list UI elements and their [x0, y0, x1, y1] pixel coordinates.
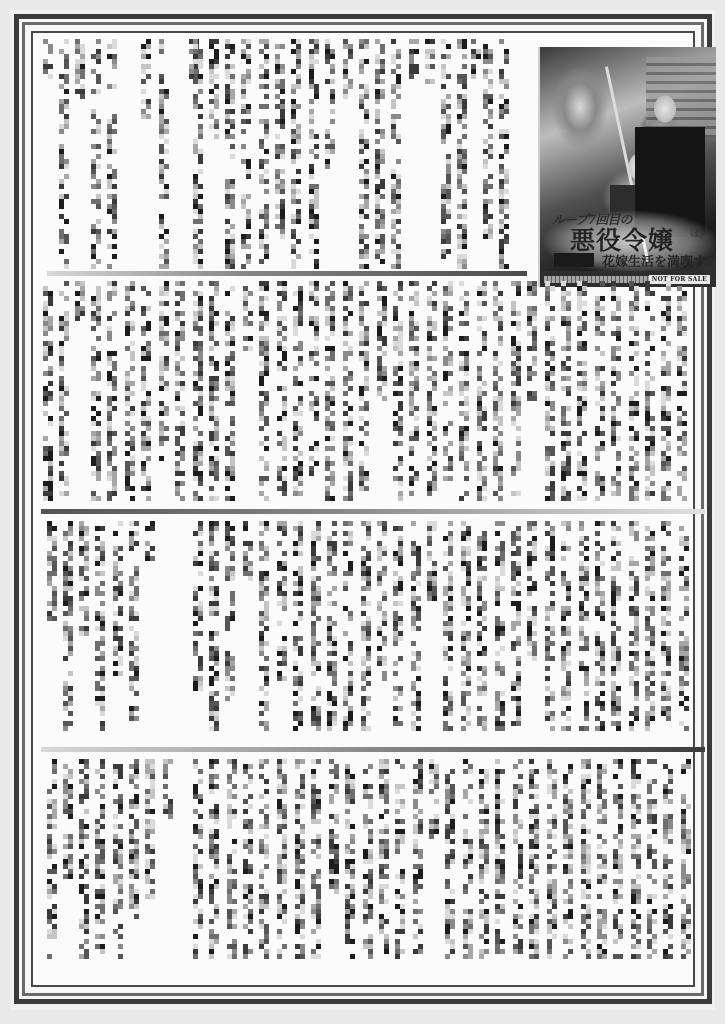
obscured-text-column	[175, 281, 185, 501]
obscured-text-column	[457, 39, 467, 269]
obscured-text-column	[597, 759, 607, 959]
band-1	[33, 33, 523, 269]
obscured-text-column	[47, 521, 57, 621]
obscured-text-column	[495, 521, 505, 731]
book-cover-illustration: ループ7回目の 悪役令嬢 は、 花嫁生活を満喫する NOT FOR SALE	[538, 47, 716, 287]
obscured-text-column	[629, 521, 639, 731]
obscured-text-column	[359, 39, 369, 269]
obscured-text-column	[647, 759, 657, 959]
obscured-text-column	[661, 521, 671, 731]
obscured-text-column	[63, 521, 73, 731]
obscured-text-column	[611, 281, 621, 501]
cover-title-block: ループ7回目の 悪役令嬢 は、 花嫁生活を満喫する	[540, 207, 716, 271]
obscured-text-column	[545, 521, 555, 731]
obscured-text-column	[113, 759, 123, 959]
obscured-text-column	[75, 39, 85, 99]
obscured-text-column	[645, 281, 655, 501]
obscured-text-column	[327, 521, 337, 731]
obscured-text-column	[107, 39, 117, 269]
obscured-text-column	[411, 521, 421, 731]
obscured-text-column	[107, 281, 117, 501]
obscured-text-column	[477, 521, 487, 731]
obscured-text-column	[463, 759, 473, 959]
obscured-text-column	[113, 521, 123, 681]
obscured-text-column	[529, 759, 539, 959]
obscured-text-column	[681, 759, 691, 959]
divider-1	[47, 271, 527, 276]
obscured-text-column	[79, 759, 89, 959]
divider-3	[41, 747, 705, 752]
obscured-text-column	[429, 759, 439, 839]
obscured-text-column	[275, 39, 285, 239]
obscured-text-column	[379, 759, 389, 959]
obscured-text-column	[577, 281, 587, 501]
obscured-text-column	[427, 281, 437, 501]
obscured-text-column	[441, 39, 451, 269]
obscured-text-column	[325, 39, 335, 169]
obscured-text-column	[311, 759, 321, 959]
obscured-text-column	[125, 281, 135, 501]
obscured-text-column	[309, 39, 319, 269]
obscured-text-column	[193, 759, 203, 959]
obscured-text-column	[493, 281, 503, 501]
obscured-text-column	[209, 759, 219, 959]
obscured-text-column	[259, 281, 269, 501]
obscured-text-column	[329, 759, 339, 899]
obscured-text-column	[209, 39, 219, 139]
obscured-text-column	[145, 759, 155, 899]
obscured-text-column	[393, 281, 403, 501]
obscured-text-column	[377, 521, 387, 681]
obscured-text-column	[325, 281, 335, 501]
obscured-text-column	[631, 759, 641, 959]
obscured-text-column	[393, 521, 403, 731]
obscured-text-column	[59, 281, 69, 501]
obscured-text-column	[545, 281, 555, 501]
cover-label-badge	[554, 253, 594, 267]
obscured-text-column	[141, 39, 151, 119]
obscured-text-column	[241, 39, 251, 269]
obscured-text-column	[495, 759, 505, 959]
obscured-text-column	[225, 39, 235, 269]
obscured-text-column	[293, 521, 303, 731]
obscured-text-column	[129, 521, 139, 721]
obscured-text-column	[293, 281, 303, 501]
obscured-text-column	[375, 39, 385, 269]
obscured-text-column	[59, 39, 69, 269]
obscured-text-column	[527, 521, 537, 661]
band-3	[33, 515, 693, 741]
obscured-text-column	[443, 281, 453, 481]
obscured-text-column	[209, 281, 219, 501]
obscured-text-column	[193, 521, 203, 701]
obscured-text-column	[291, 39, 301, 269]
obscured-text-column	[259, 39, 269, 269]
obscured-text-column	[227, 759, 237, 959]
obscured-text-column	[363, 759, 373, 959]
obscured-text-column	[95, 759, 105, 959]
obscured-text-column	[141, 281, 151, 501]
obscured-text-column	[345, 759, 355, 959]
obscured-text-column	[343, 281, 353, 501]
content-area: ループ7回目の 悪役令嬢 は、 花嫁生活を満喫する NOT FOR SALE	[31, 31, 695, 987]
obscured-text-column	[581, 759, 591, 959]
obscured-text-column	[561, 281, 571, 501]
obscured-text-column	[427, 521, 437, 601]
obscured-text-column	[511, 281, 521, 501]
obscured-text-column	[43, 39, 53, 79]
obscured-text-column	[145, 521, 155, 561]
obscured-text-column	[595, 521, 605, 731]
obscured-text-column	[443, 521, 453, 731]
obscured-text-column	[391, 39, 401, 269]
obscured-text-column	[159, 281, 169, 461]
obscured-text-column	[613, 759, 623, 959]
obscured-text-column	[377, 281, 387, 401]
divider-2	[41, 509, 705, 514]
obscured-text-column	[409, 281, 419, 501]
obscured-text-column	[677, 281, 687, 501]
obscured-text-column	[47, 759, 57, 959]
band-2	[33, 275, 693, 505]
obscured-text-column	[561, 521, 571, 731]
obscured-text-column	[413, 759, 423, 959]
obscured-text-column	[159, 39, 169, 269]
obscured-text-column	[343, 39, 353, 99]
obscured-text-column	[79, 521, 89, 641]
obscured-text-column	[645, 521, 655, 731]
obscured-text-column	[243, 281, 253, 361]
obscured-text-column	[547, 759, 557, 959]
obscured-text-column	[425, 39, 435, 89]
obscured-text-column	[595, 281, 605, 501]
obscured-text-column	[295, 759, 305, 959]
obscured-text-column	[277, 281, 287, 501]
obscured-text-column	[471, 39, 481, 79]
obscured-text-column	[163, 759, 173, 819]
obscured-text-column	[679, 521, 689, 731]
obscured-text-column	[277, 759, 287, 959]
obscured-text-column	[663, 759, 673, 959]
obscured-text-column	[225, 281, 235, 501]
obscured-text-column	[243, 759, 253, 959]
band-4	[33, 753, 693, 977]
obscured-text-column	[193, 281, 203, 501]
obscured-text-column	[629, 281, 639, 501]
obscured-text-column	[611, 521, 621, 731]
obscured-text-column	[513, 759, 523, 959]
obscured-text-column	[193, 39, 203, 269]
obscured-text-column	[95, 521, 105, 731]
obscured-text-column	[343, 521, 353, 731]
obscured-text-column	[43, 281, 53, 501]
obscured-text-column	[579, 521, 589, 731]
obscured-text-column	[461, 521, 471, 731]
obscured-text-column	[359, 281, 369, 501]
obscured-text-column	[129, 759, 139, 919]
obscured-text-column	[63, 759, 73, 879]
obscured-text-column	[309, 281, 319, 481]
obscured-text-column	[311, 521, 321, 731]
obscured-text-column	[259, 759, 269, 959]
obscured-text-column	[479, 759, 489, 959]
obscured-text-column	[243, 521, 253, 581]
obscured-text-column	[661, 281, 671, 501]
obscured-text-column	[477, 281, 487, 501]
obscured-text-column	[91, 281, 101, 501]
obscured-text-column	[511, 521, 521, 731]
obscured-text-column	[527, 281, 537, 401]
obscured-text-column	[225, 521, 235, 701]
obscured-text-column	[563, 759, 573, 959]
obscured-text-column	[259, 521, 269, 731]
obscured-text-column	[395, 759, 405, 959]
obscured-text-column	[459, 281, 469, 501]
obscured-text-column	[209, 521, 219, 731]
obscured-text-column	[91, 39, 101, 269]
obscured-text-column	[445, 759, 455, 959]
cover-title-particle: は、	[690, 227, 708, 240]
obscured-text-column	[75, 281, 85, 321]
obscured-text-column	[409, 39, 419, 79]
obscured-text-column	[499, 39, 509, 269]
page-frame: ループ7回目の 悪役令嬢 は、 花嫁生活を満喫する NOT FOR SALE	[14, 14, 712, 1004]
obscured-text-column	[483, 39, 493, 239]
obscured-text-column	[277, 521, 287, 681]
obscured-text-column	[361, 521, 371, 731]
